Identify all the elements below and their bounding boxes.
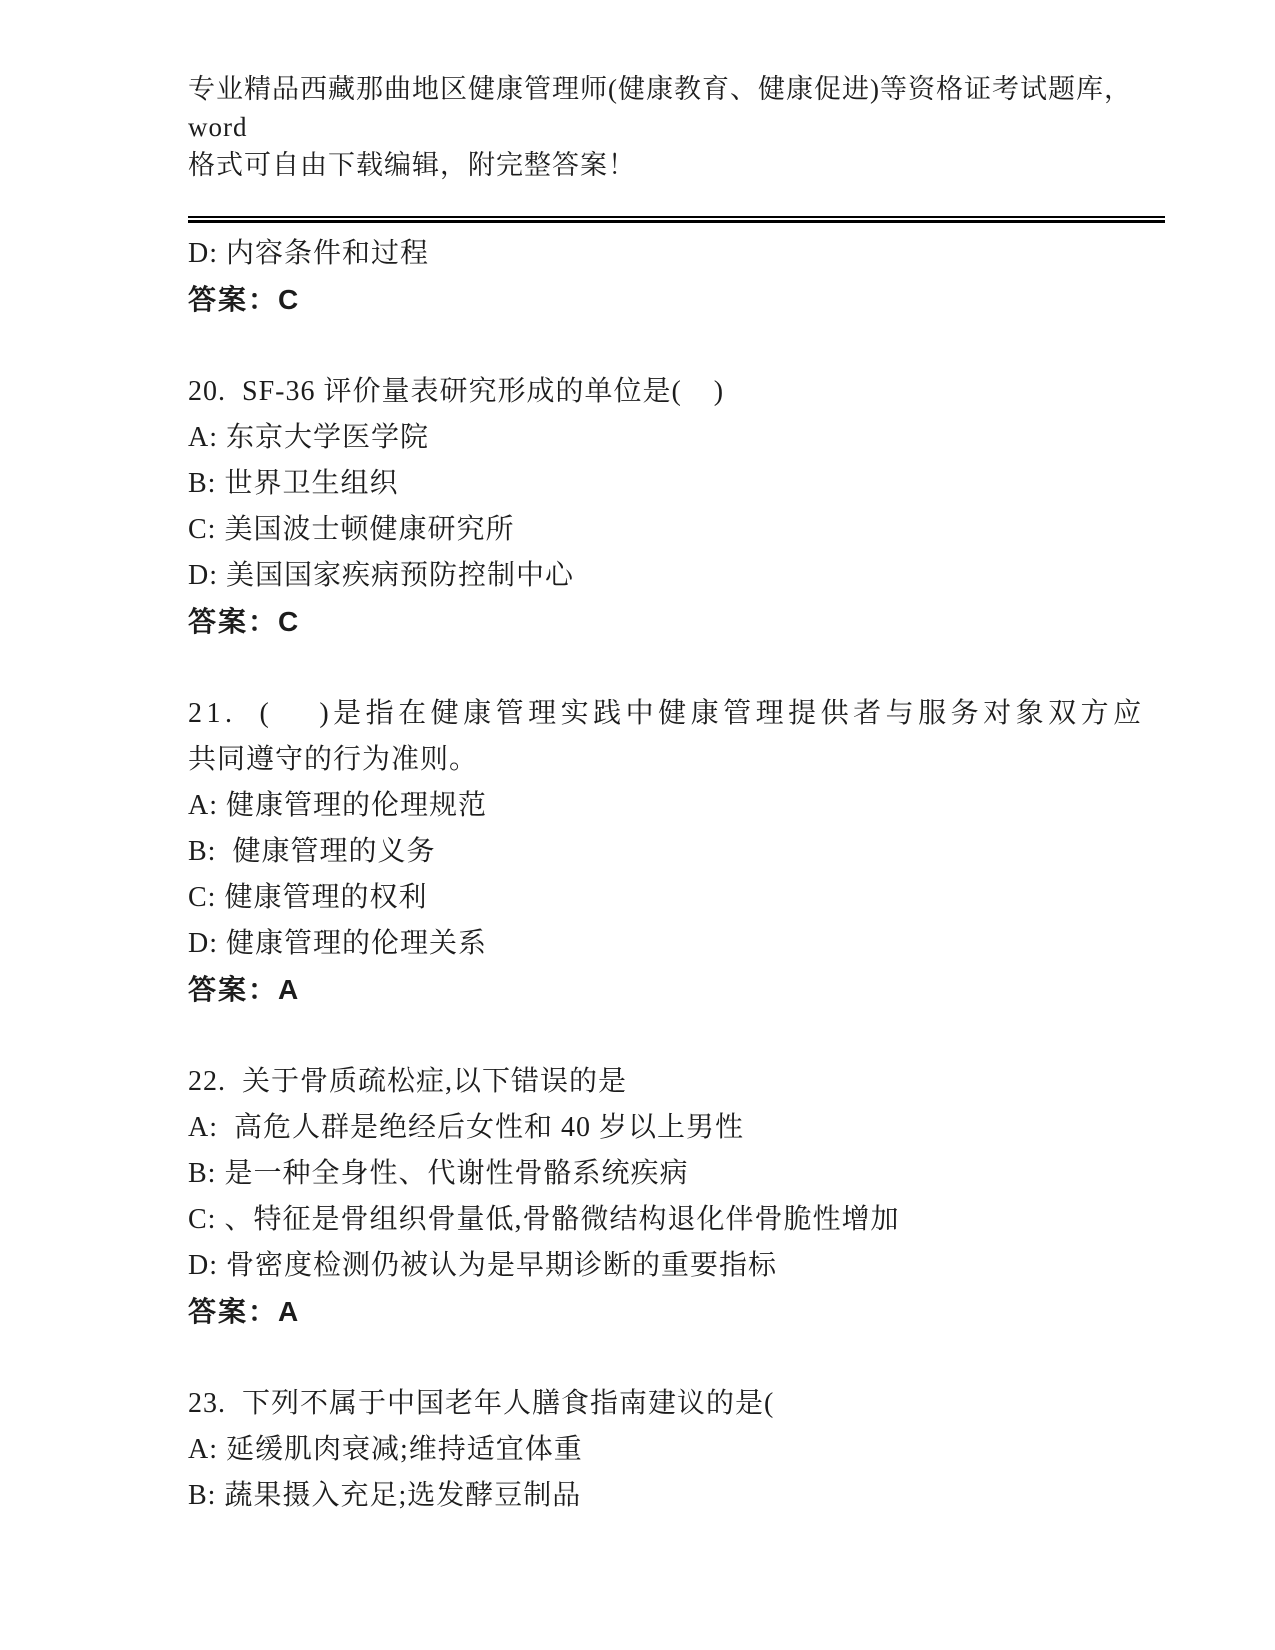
option-line-b: B: 是一种全身性、代谢性骨骼系统疾病 xyxy=(188,1151,1165,1197)
option-line-a: A: 健康管理的伦理规范 xyxy=(188,783,1165,829)
question-stem: 22. 关于骨质疏松症,以下错误的是 xyxy=(188,1059,1165,1105)
option-line-d: D: 内容条件和过程 xyxy=(188,231,1165,277)
option-line-a: A: 高危人群是绝经后女性和 40 岁以上男性 xyxy=(188,1105,1165,1151)
answer-line: 答案：C xyxy=(188,599,1165,645)
option-line-c: C: 美国波士顿健康研究所 xyxy=(188,507,1165,553)
document-page: 专业精品西藏那曲地区健康管理师(健康教育、健康促进)等资格证考试题库，word … xyxy=(0,0,1275,1650)
option-line-c: C: 健康管理的权利 xyxy=(188,875,1165,921)
option-line-c: C: 、特征是骨组织骨量低,骨骼微结构退化伴骨脆性增加 xyxy=(188,1197,1165,1243)
option-line-a: A: 延缓肌肉衰减;维持适宜体重 xyxy=(188,1427,1165,1473)
page-content: 专业精品西藏那曲地区健康管理师(健康教育、健康促进)等资格证考试题库，word … xyxy=(0,70,1275,1519)
answer-line: 答案：C xyxy=(188,277,1165,323)
option-line-d: D: 骨密度检测仍被认为是早期诊断的重要指标 xyxy=(188,1243,1165,1289)
header-line-1: 专业精品西藏那曲地区健康管理师(健康教育、健康促进)等资格证考试题库，word xyxy=(188,70,1165,146)
question-20: 20. SF-36 评价量表研究形成的单位是( ) A: 东京大学医学院 B: … xyxy=(188,369,1165,645)
option-line-d: D: 美国国家疾病预防控制中心 xyxy=(188,553,1165,599)
option-line-b: B: 世界卫生组织 xyxy=(188,461,1165,507)
option-line-b: B: 蔬果摄入充足;选发酵豆制品 xyxy=(188,1473,1165,1519)
question-21: 21. ( )是指在健康管理实践中健康管理提供者与服务对象双方应 共同遵守的行为… xyxy=(188,691,1165,1013)
question-23: 23. 下列不属于中国老年人膳食指南建议的是( A: 延缓肌肉衰减;维持适宜体重… xyxy=(188,1381,1165,1519)
question-22: 22. 关于骨质疏松症,以下错误的是 A: 高危人群是绝经后女性和 40 岁以上… xyxy=(188,1059,1165,1335)
question-stem: 23. 下列不属于中国老年人膳食指南建议的是( xyxy=(188,1381,1165,1427)
page-header: 专业精品西藏那曲地区健康管理师(健康教育、健康促进)等资格证考试题库，word … xyxy=(188,70,1165,184)
question-stem-continued: 共同遵守的行为准则。 xyxy=(188,737,1165,783)
option-line-a: A: 东京大学医学院 xyxy=(188,415,1165,461)
question-stem: 21. ( )是指在健康管理实践中健康管理提供者与服务对象双方应 xyxy=(188,691,1165,737)
option-line-b: B: 健康管理的义务 xyxy=(188,829,1165,875)
answer-line: 答案：A xyxy=(188,1289,1165,1335)
question-stem: 20. SF-36 评价量表研究形成的单位是( ) xyxy=(188,369,1165,415)
header-divider xyxy=(188,216,1165,223)
header-line-2: 格式可自由下载编辑，附完整答案！ xyxy=(188,146,1165,184)
answer-line: 答案：A xyxy=(188,967,1165,1013)
option-line-d: D: 健康管理的伦理关系 xyxy=(188,921,1165,967)
carryover-question-fragment: D: 内容条件和过程 答案：C xyxy=(188,231,1165,323)
